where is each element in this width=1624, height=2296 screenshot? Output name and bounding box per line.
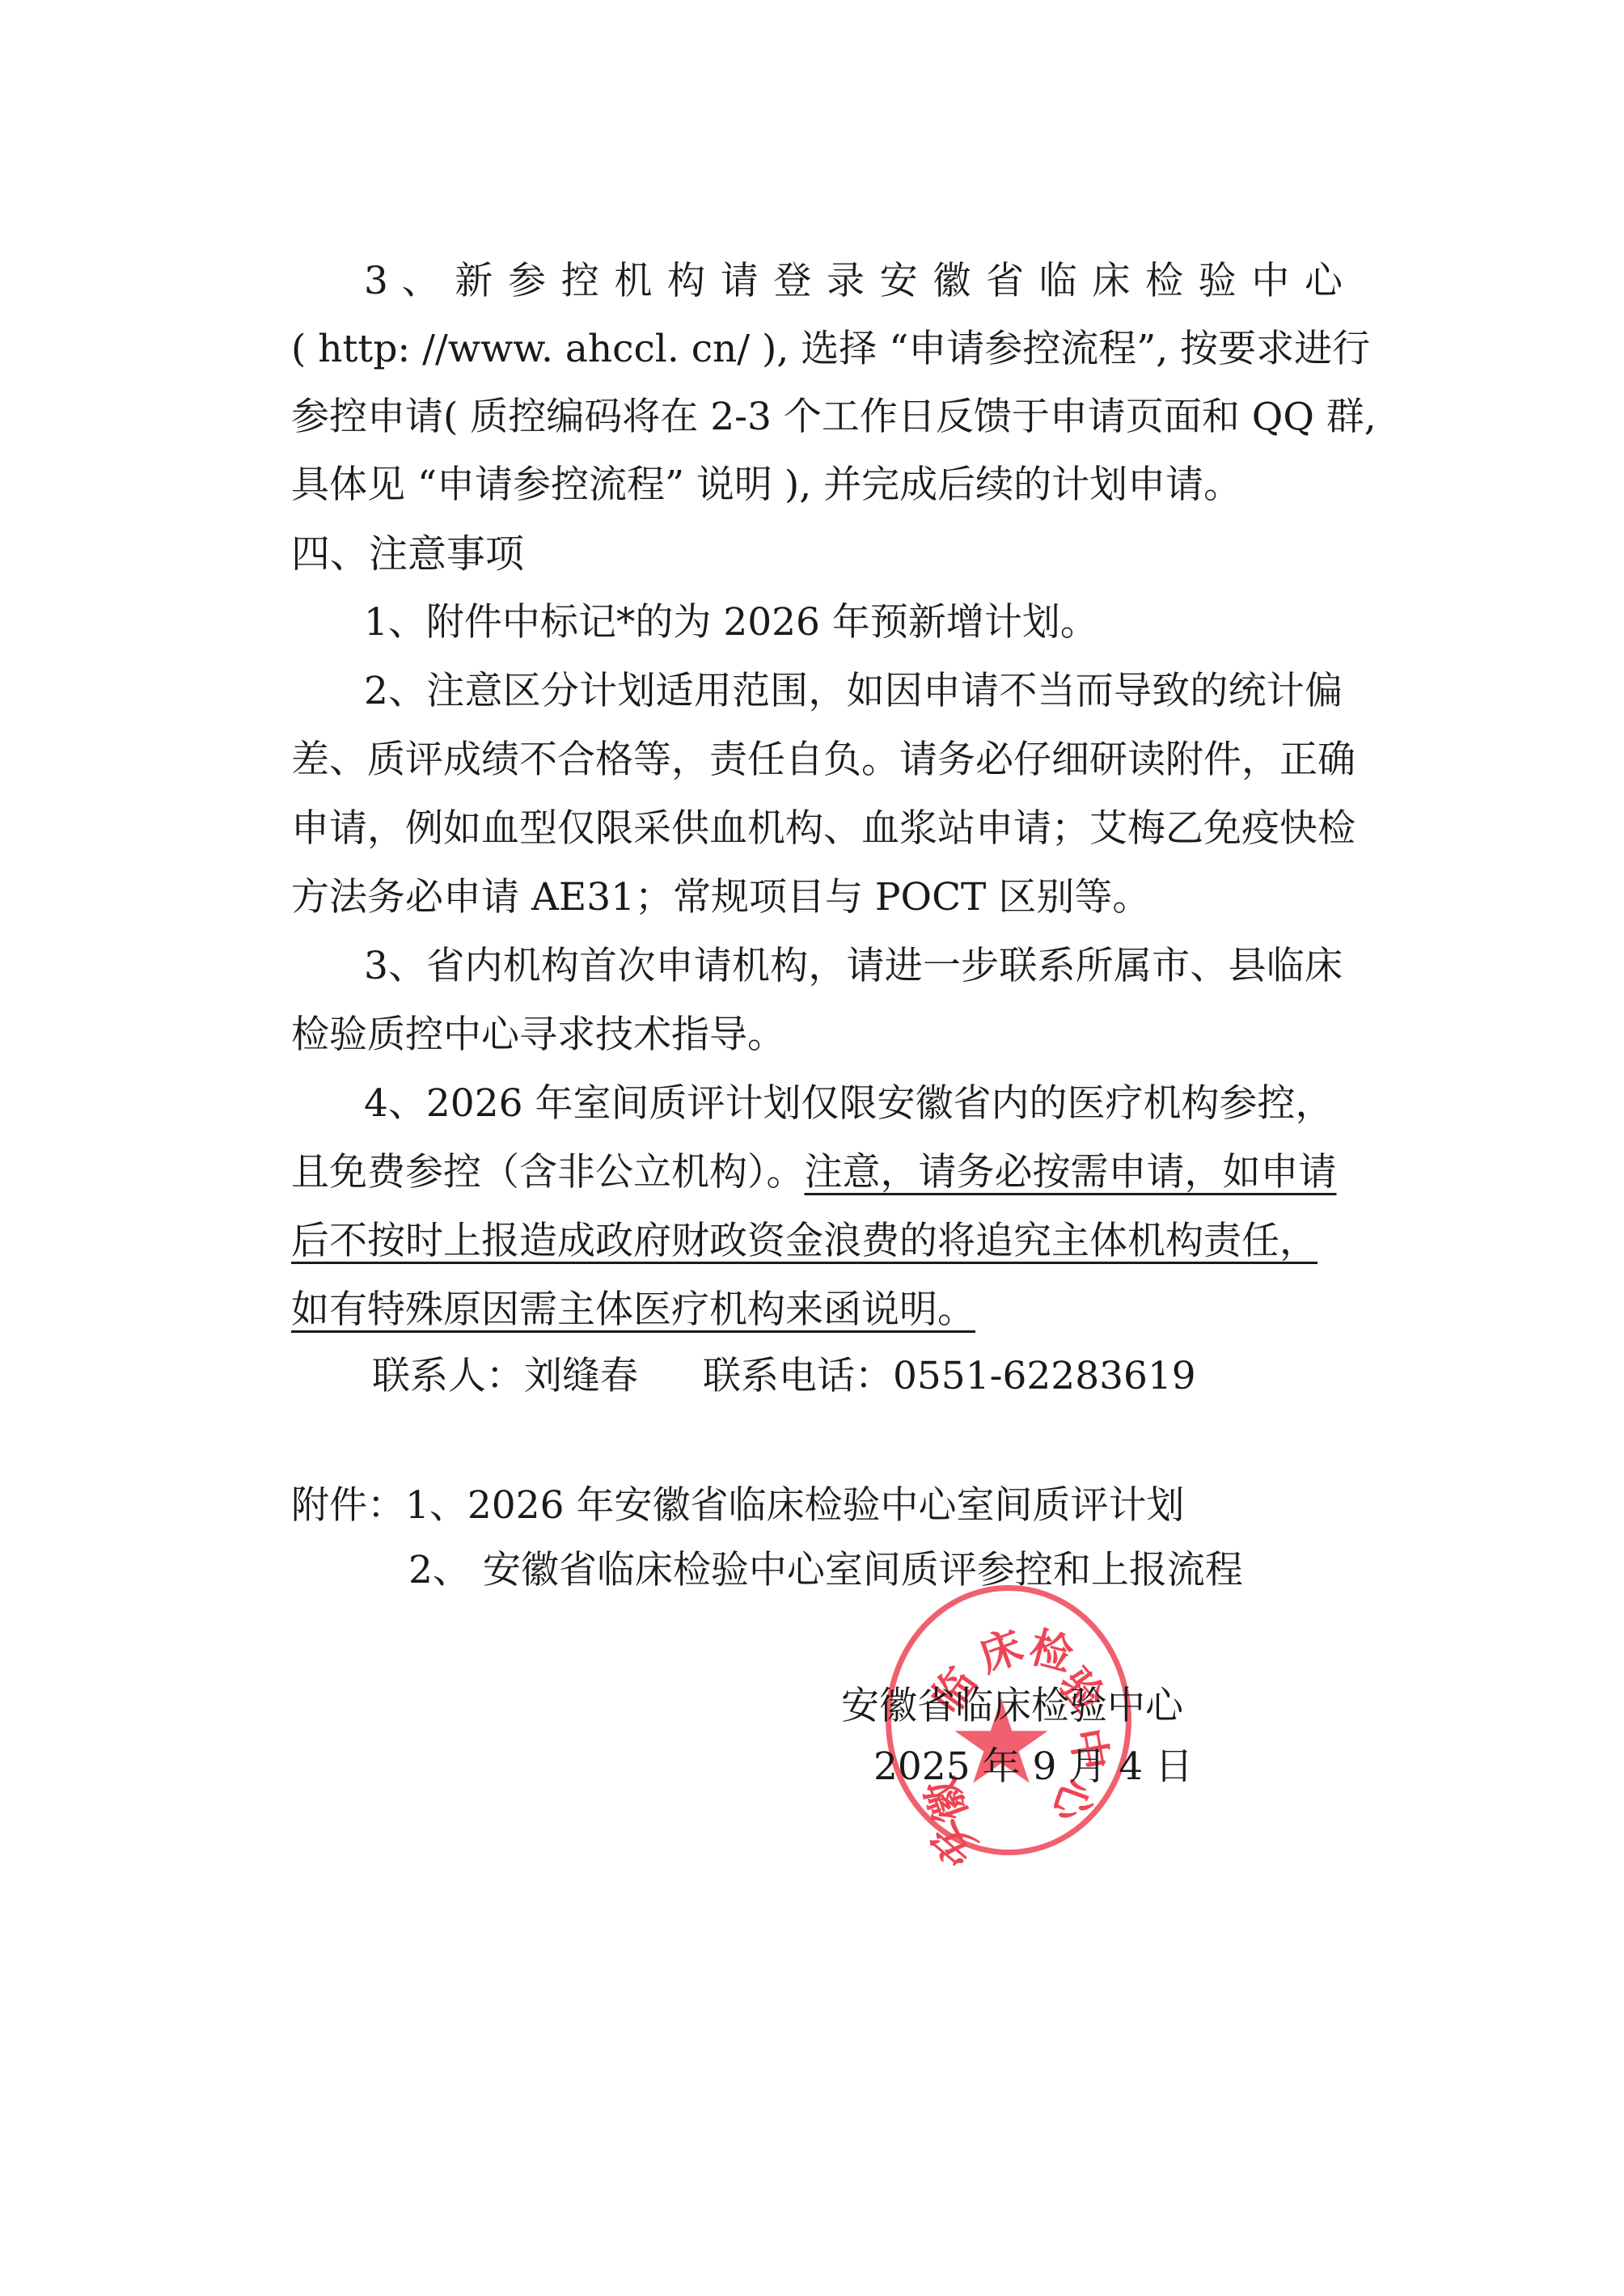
note3-line-2: 检验质控中心寻求技术指导。	[291, 1011, 1343, 1059]
note3-line-1: 3、省内机构首次申请机构，请进一步联系所属市、县临床	[291, 942, 1343, 991]
note2-line-4: 方法务必申请 AE31；常规项目与 POCT 区别等。	[291, 873, 1343, 922]
signature-organization: 安徽省临床检验中心	[841, 1682, 1183, 1731]
contact-phone: 0551-62283619	[893, 1354, 1196, 1398]
section3-line-1: 3 、 新 参 控 机 构 请 登 录 安 徽 省 临 床 检 验 中 心	[291, 257, 1343, 306]
note2-line-1: 2、注意区分计划适用范围，如因申请不当而导致的统计偏	[291, 667, 1343, 716]
contact-phone-label: 联系电话：	[703, 1354, 893, 1398]
contact-person-name: 刘缝春	[524, 1354, 638, 1398]
attachment-item-2: 2、 安徽省临床检验中心室间质评参控和上报流程	[291, 1546, 1460, 1595]
note4-underlined-text: 注意，请务必按需申请，如申请	[805, 1150, 1337, 1195]
section3-line-2: ( http: //www. ahccl. cn/ ), 选择 “申请参控流程”…	[291, 325, 1343, 374]
note4-underlined-line-3: 后不按时上报造成政府财政资金浪费的将追究主体机构责任，	[291, 1217, 1343, 1266]
note1-line-1: 1、附件中标记*的为 2026 年预新增计划。	[291, 598, 1415, 647]
attachment-item-1: 1、2026 年安徽省临床检验中心室间质评计划	[405, 1483, 1184, 1528]
contact-line: 联系人：刘缝春联系电话：0551-62283619	[291, 1352, 1423, 1401]
signature-date: 2025 年 9 月 4 日	[873, 1743, 1193, 1791]
section4-heading: 四、注意事项	[291, 530, 1343, 578]
note4-line-1: 4、2026 年室间质评计划仅限安徽省内的医疗机构参控，	[291, 1080, 1415, 1128]
section3-line-3: 参控申请( 质控编码将在 2-3 个工作日反馈于申请页面和 QQ 群,	[291, 393, 1343, 442]
note2-line-2: 差、质评成绩不合格等，责任自负。请务必仔细研读附件，正确	[291, 736, 1343, 784]
document-page: 3 、 新 参 控 机 构 请 登 录 安 徽 省 临 床 检 验 中 心 ( …	[0, 0, 1624, 2296]
attachment-line-1: 附件：1、2026 年安徽省临床检验中心室间质评计划	[291, 1482, 1343, 1530]
section3-line-4: 具体见 “申请参控流程” 说明 ), 并完成后续的计划申请。	[291, 461, 1343, 510]
note4-plain-text: 且免费参控（含非公立机构）。	[291, 1150, 805, 1195]
note4-line-2: 且免费参控（含非公立机构）。注意，请务必按需申请，如申请	[291, 1148, 1343, 1197]
note4-underlined-line-4: 如有特殊原因需主体医疗机构来函说明。	[291, 1286, 1343, 1334]
note2-line-3: 申请，例如血型仅限采供血机构、血浆站申请；艾梅乙免疫快检	[291, 805, 1343, 853]
attachment-label: 附件：	[291, 1483, 405, 1528]
contact-person-label: 联系人：	[372, 1354, 524, 1398]
